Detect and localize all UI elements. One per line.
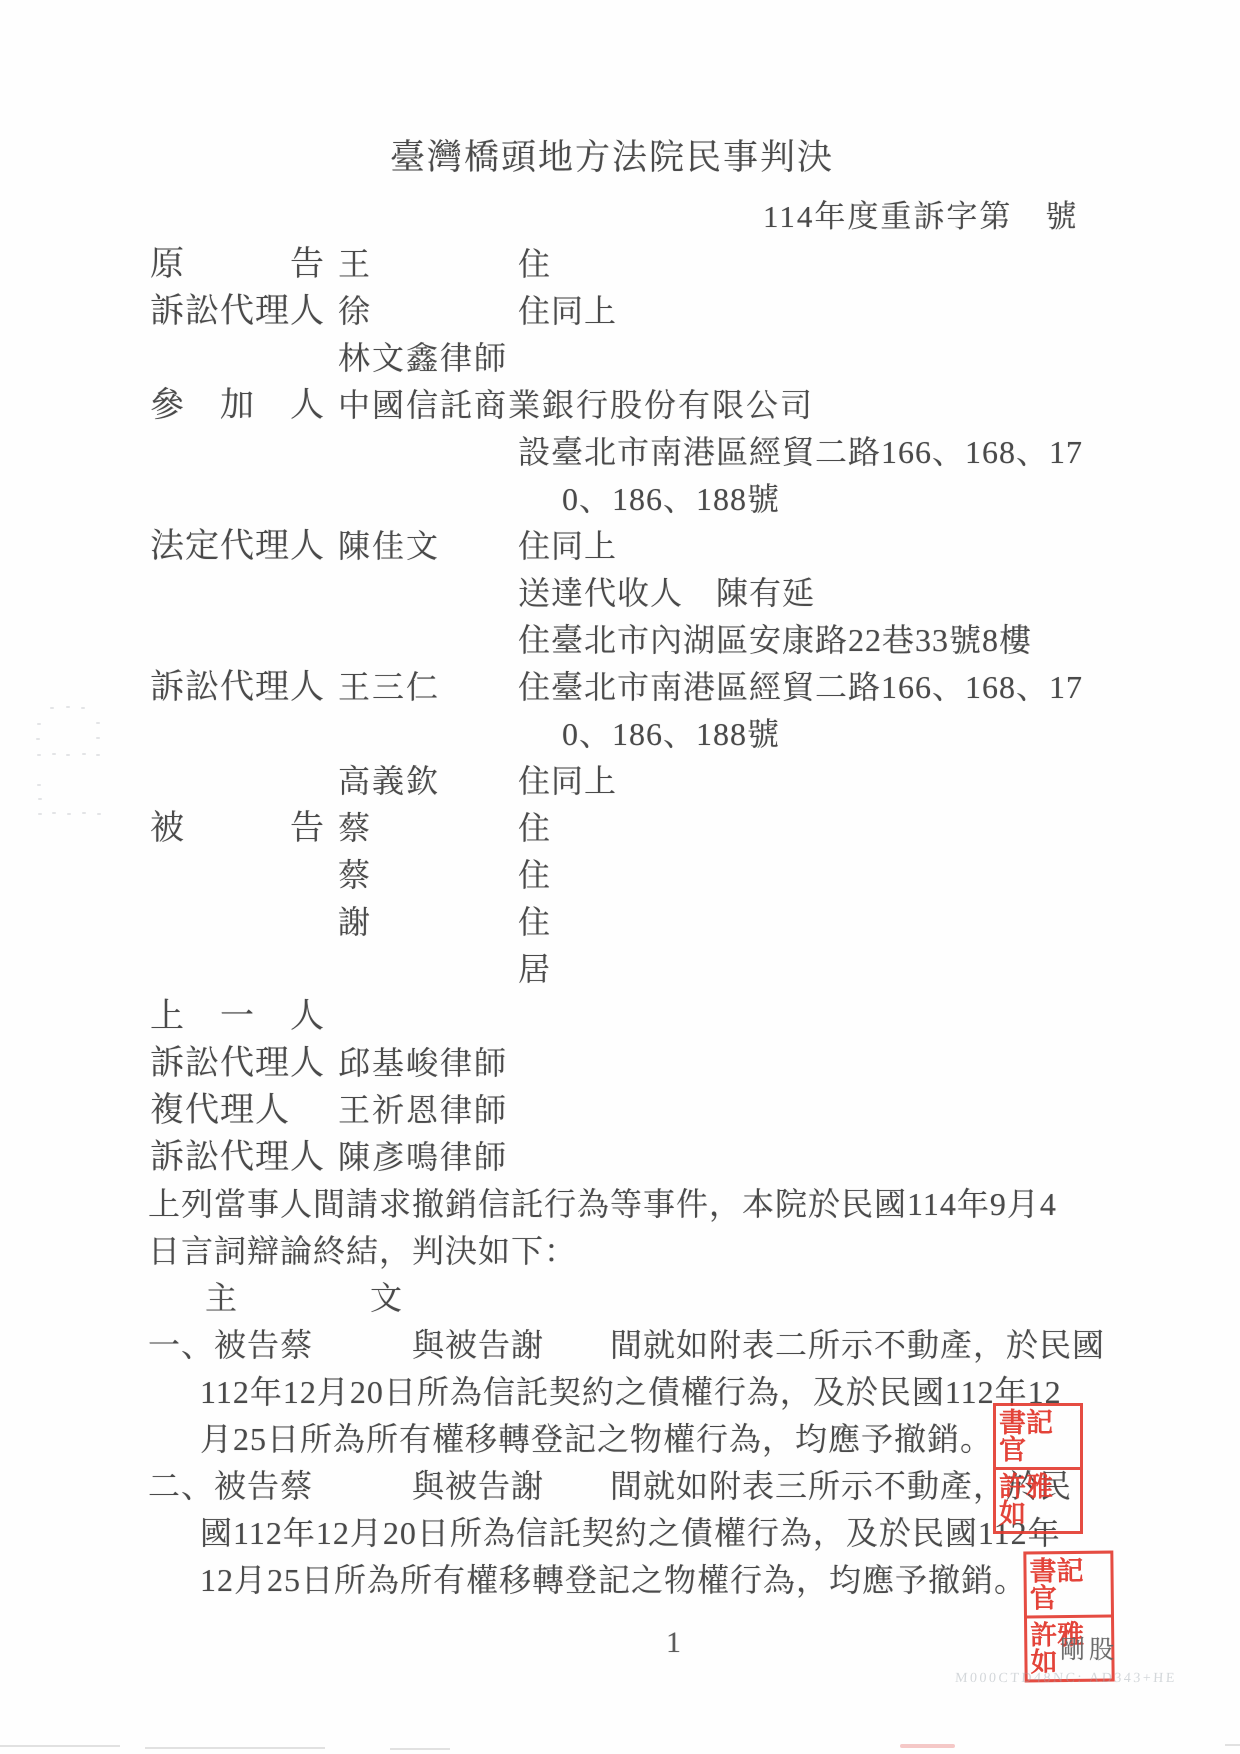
- party-detail: 住: [518, 859, 551, 891]
- party-name: 高義欽: [338, 765, 440, 797]
- party-address-wrap: 0、186、188號: [562, 483, 780, 515]
- party-row: 送達代收人 陳有延: [150, 577, 1210, 617]
- party-address: 住臺北市內湖區安康路22巷33號8樓: [518, 624, 1032, 656]
- clerk-stamp-title: 書記官: [996, 1406, 1080, 1467]
- party-row: 林文鑫律師: [150, 342, 1210, 382]
- judgment-page: 臺灣橋頭地方法院民事判決 114年度重訴字第 號 原 告 王 住 訴訟代理人 徐…: [0, 0, 1240, 1754]
- scan-artifact: [390, 1748, 450, 1750]
- party-row: 訴訟代理人 徐 住同上: [150, 295, 1210, 335]
- party-row: 居: [150, 953, 1210, 993]
- party-address: 設臺北市南港區經貿二路166、168、17: [518, 436, 1083, 468]
- scan-artifact: [96, 754, 100, 756]
- party-row: 謝 住: [150, 906, 1210, 946]
- party-row: 法定代理人 陳佳文 住同上: [150, 530, 1210, 570]
- scan-artifact: [38, 798, 42, 800]
- scan-artifact: [67, 813, 71, 815]
- party-detail: 住: [518, 906, 551, 938]
- party-name: 徐: [338, 295, 372, 327]
- party-label: 訴訟代理人: [150, 671, 325, 705]
- clerk-stamp-title: 書記官: [1026, 1554, 1111, 1616]
- party-address: 住臺北市南港區經貿二路166、168、17: [518, 671, 1083, 703]
- scan-artifact: [36, 738, 40, 740]
- party-label: 原 告: [150, 248, 325, 282]
- party-row: 原 告 王 住: [150, 248, 1210, 288]
- party-row: 參 加 人 中國信託商業銀行股份有限公司: [150, 389, 1210, 429]
- party-name: 中國信託商業銀行股份有限公司: [338, 389, 814, 421]
- holding-item-1-line: 112年12月20日所為信託契約之債權行為，及於民國112年12: [200, 1376, 1062, 1408]
- party-row: 蔡 住: [150, 859, 1210, 899]
- party-row: 設臺北市南港區經貿二路166、168、17: [150, 436, 1210, 476]
- party-label: 上 一 人: [150, 1000, 325, 1034]
- party-row: 複代理人 王祈恩律師: [150, 1094, 1210, 1134]
- clerk-stamp: 書記官 許雅如: [993, 1403, 1083, 1534]
- party-label: 參 加 人: [150, 389, 325, 423]
- intro-line: 上列當事人間請求撤銷信託行為等事件，本院於民國114年9月4: [148, 1188, 1057, 1220]
- scan-artifact: [82, 753, 86, 755]
- party-detail: 居: [518, 953, 551, 985]
- scan-artifact-pink: [900, 1744, 955, 1748]
- clerk-stamp-name: 許雅如: [996, 1467, 1080, 1531]
- case-number: 114年度重訴字第 號: [763, 201, 1078, 232]
- holding-item-1-line: 月25日所為所有權移轉登記之物權行為，均應予撤銷。: [200, 1423, 993, 1455]
- party-detail: 住同上: [518, 295, 617, 327]
- party-address-wrap: 0、186、188號: [562, 718, 780, 750]
- scan-artifact: [66, 706, 70, 708]
- holding-item-2-line: 12月25日所為所有權移轉登記之物權行為，均應予撤銷。: [200, 1564, 1027, 1596]
- party-row: 0、186、188號: [150, 718, 1210, 758]
- party-name: 王: [338, 248, 372, 280]
- scan-artifact: [37, 754, 41, 756]
- scan-artifact: [52, 812, 56, 814]
- party-detail: 住: [518, 248, 551, 280]
- party-detail: 住同上: [518, 530, 617, 562]
- scan-artifact: [50, 707, 54, 709]
- party-name: 蔡: [338, 859, 372, 891]
- party-label: 被 告: [150, 812, 325, 846]
- holding-item-1-line: 一、被告蔡 與被告謝 間就如附表二所示不動產，於民國: [148, 1329, 1105, 1361]
- party-name: 王三仁: [338, 671, 440, 703]
- party-detail: 住同上: [518, 765, 617, 797]
- party-row: 0、186、188號: [150, 483, 1210, 523]
- party-row: 被 告 蔡 住: [150, 812, 1210, 852]
- intro-line: 日言詞辯論終結，判決如下：: [148, 1235, 577, 1267]
- party-row: 訴訟代理人 王三仁 住臺北市南港區經貿二路166、168、17: [150, 671, 1210, 711]
- court-title: 臺灣橋頭地方法院民事判決: [390, 140, 834, 175]
- scan-artifact: [96, 737, 100, 739]
- scan-artifact: [1225, 1744, 1240, 1746]
- party-label: 法定代理人: [150, 530, 325, 564]
- division-label: 剛股: [1060, 1638, 1118, 1663]
- party-row: 訴訟代理人 邱基峻律師: [150, 1047, 1210, 1087]
- faint-print-code: M000CTD48NC: AD343+HE: [955, 1672, 1178, 1686]
- scan-artifact: [37, 784, 41, 786]
- party-label: 訴訟代理人: [150, 1141, 325, 1175]
- page-number: 1: [666, 1628, 682, 1658]
- party-name: 謝: [338, 906, 372, 938]
- holding-item-2-line: 二、被告蔡 與被告謝 間就如附表三所示不動產，於民: [148, 1470, 1072, 1502]
- party-detail: 住: [518, 812, 551, 844]
- scan-artifact: [145, 1747, 325, 1749]
- party-name: 蔡: [338, 812, 372, 844]
- party-name: 林文鑫律師: [338, 342, 508, 374]
- scan-artifact: [97, 813, 101, 815]
- scan-artifact: [66, 754, 70, 756]
- main-text-heading: 主 文: [205, 1282, 403, 1314]
- party-label: 複代理人: [150, 1094, 290, 1128]
- holding-item-2-line: 國112年12月20日所為信託契約之債權行為，及於民國112年: [200, 1517, 1061, 1549]
- party-row: 高義欽 住同上: [150, 765, 1210, 805]
- party-name: 陳彥鳴律師: [338, 1141, 508, 1173]
- service-agent: 送達代收人 陳有延: [518, 577, 815, 609]
- scan-artifact: [37, 723, 41, 725]
- party-name: 王祈恩律師: [338, 1094, 508, 1126]
- scan-artifact: [38, 813, 42, 815]
- party-row: 訴訟代理人 陳彥鳴律師: [150, 1141, 1210, 1181]
- party-row: 上 一 人: [150, 1000, 1210, 1040]
- scan-artifact: [82, 812, 86, 814]
- party-name: 陳佳文: [338, 530, 440, 562]
- party-label: 訴訟代理人: [150, 1047, 325, 1081]
- party-label: 訴訟代理人: [150, 295, 325, 329]
- scan-artifact: [96, 722, 100, 724]
- party-name: 邱基峻律師: [338, 1047, 508, 1079]
- party-row: 住臺北市內湖區安康路22巷33號8樓: [150, 624, 1210, 664]
- scan-artifact: [81, 707, 85, 709]
- scan-artifact: [0, 1745, 120, 1747]
- scan-artifact: [52, 753, 56, 755]
